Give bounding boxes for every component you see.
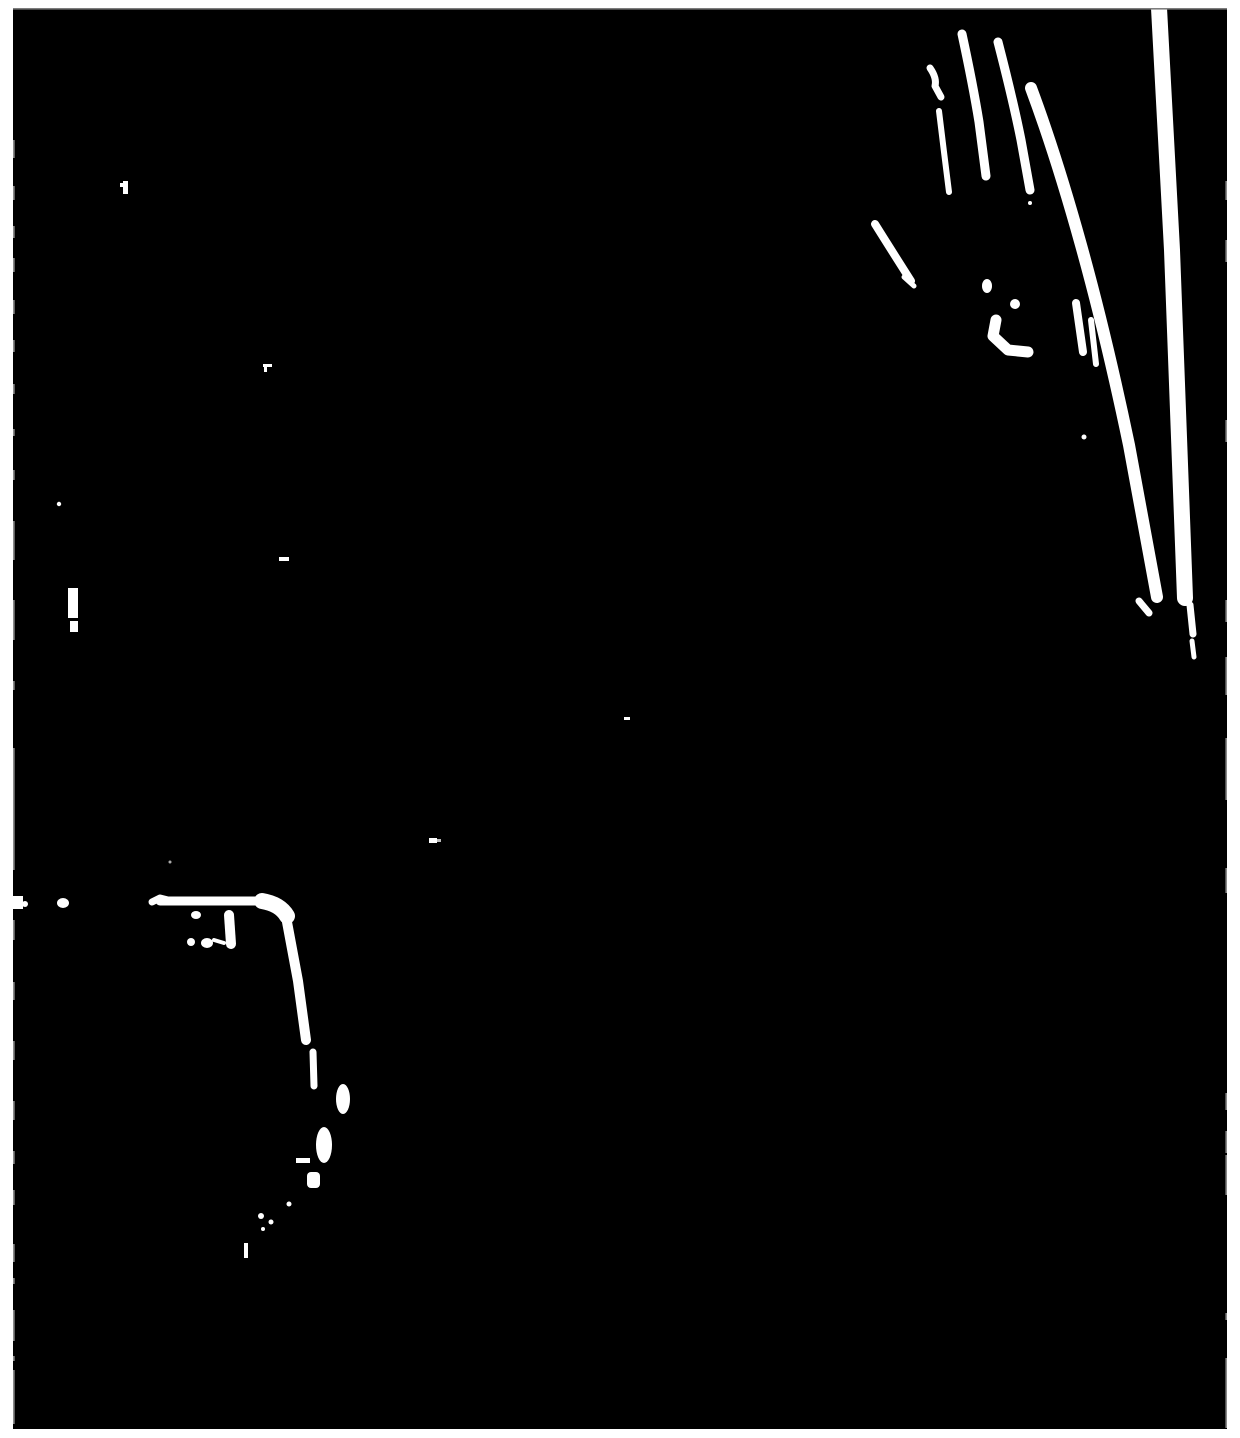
chair-dash-low (296, 1158, 310, 1163)
left-tick-mark-v (264, 367, 267, 372)
chair-sub-blob-a (191, 911, 201, 919)
chair-leg-dash (313, 1052, 314, 1086)
chair-speck-a (287, 1202, 292, 1207)
chair-sub-blob-c (201, 938, 213, 948)
chair-lower-blob-b (316, 1127, 332, 1163)
binary-mask-figure (0, 0, 1240, 1438)
chair-lower-blob-a (336, 1084, 350, 1114)
pole-fragment-upper (1190, 605, 1193, 634)
left-bar-lower (70, 621, 78, 632)
top-edge-artifact-line (13, 8, 1227, 10)
pole-fragment-lower (1192, 641, 1194, 657)
tiny-gray-dot (169, 861, 172, 864)
chair-speck-d (261, 1227, 265, 1231)
center-dash-2-tail (437, 839, 441, 842)
center-dash-2 (429, 838, 437, 843)
left-dot (57, 502, 61, 506)
center-dash (624, 717, 630, 720)
stray-dot-right (1082, 435, 1087, 440)
chair-speck-c (269, 1220, 274, 1225)
chair-leg-foot (307, 1172, 320, 1188)
knuckle-speck (1028, 201, 1032, 205)
palm-dot-upper (982, 279, 992, 293)
chair-strut (229, 915, 231, 944)
left-bar-upper (68, 588, 78, 618)
mask-background (13, 8, 1227, 1429)
numeral-mark-flag (120, 183, 124, 187)
chair-sub-blob-b (187, 938, 195, 946)
mask-image (0, 0, 1240, 1438)
left-tick-mark-h (263, 364, 272, 367)
numeral-mark-stem (123, 181, 128, 194)
palm-dot-mid (1010, 299, 1020, 309)
left-border-blob (13, 896, 23, 909)
chair-thin-vertical (244, 1243, 248, 1258)
chair-speck-b (258, 1213, 264, 1219)
left-dash-mark (279, 557, 289, 561)
left-mid-blob (57, 898, 69, 908)
